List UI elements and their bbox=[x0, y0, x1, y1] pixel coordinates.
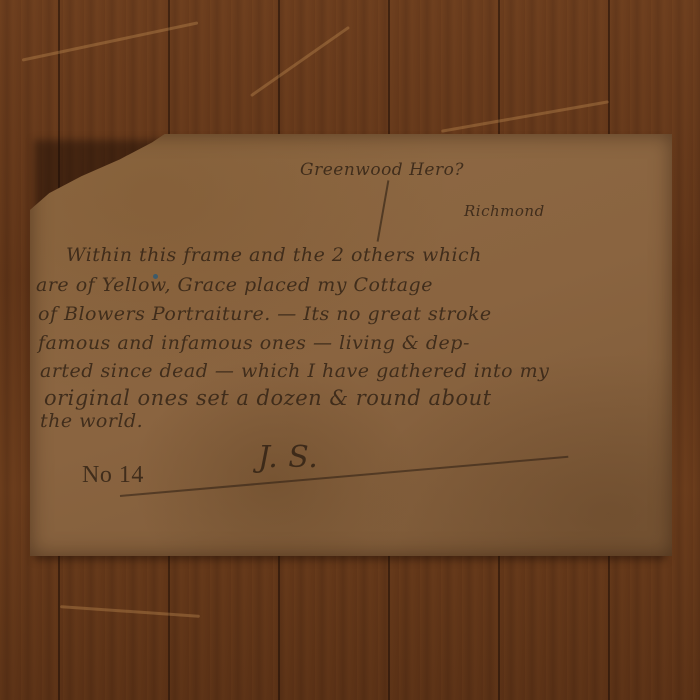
label-body-line: the world. bbox=[40, 410, 143, 432]
label-body-line: are of Yellow, Grace placed my Cottage bbox=[36, 274, 433, 296]
label-body-line: of Blowers Portraiture. — Its no great s… bbox=[38, 303, 492, 325]
label-body-line: famous and infamous ones — living & dep- bbox=[38, 332, 470, 354]
label-body-line: original ones set a dozen & round about bbox=[44, 386, 492, 410]
signature-initials: J. S. bbox=[258, 440, 318, 475]
label-number: No 14 bbox=[82, 462, 144, 489]
pin-hole bbox=[153, 274, 158, 279]
label-body-line: Within this frame and the 2 others which bbox=[66, 244, 482, 266]
label-body-line: arted since dead — which I have gathered… bbox=[40, 360, 549, 382]
label-header-line-2: Richmond bbox=[464, 202, 545, 220]
label-header-line-1: Greenwood Hero? bbox=[300, 160, 464, 180]
